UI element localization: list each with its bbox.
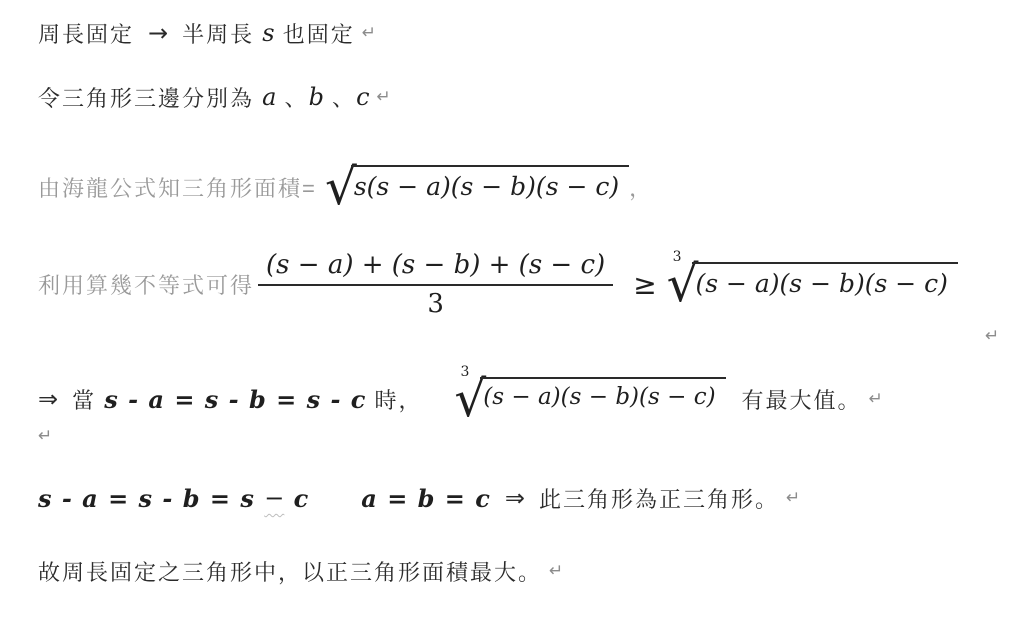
- line1-text2: 半周長: [182, 18, 262, 49]
- line3-label: 由海龍公式知三角形面積=: [38, 172, 325, 203]
- line1-text1: 周長固定: [38, 18, 134, 49]
- sqrt-formula: √ s(s − a)(s − b)(s − c): [325, 165, 629, 209]
- line5-text1: 當: [72, 384, 104, 415]
- line5-text3: 有最大值。: [742, 384, 862, 415]
- line6-eq1-pre: s - a = s - b = s: [38, 484, 264, 513]
- var-c: c: [356, 83, 369, 111]
- line2-separator2: 、: [324, 82, 356, 113]
- line-am-gm-inequality: 利用算幾不等式可得 (s − a) + (s − b) + (s − c) 3 …: [38, 240, 958, 328]
- document-page: 周長固定 → 半周長 s 也固定 ↵ 令三角形三邊分別為 a 、 b 、 c ↵…: [0, 0, 1024, 620]
- paragraph-return-icon: ↵: [549, 561, 563, 581]
- paragraph-return-icon: ↵: [786, 488, 800, 508]
- fraction-denominator: 3: [258, 284, 613, 319]
- line2-separator1: 、: [276, 82, 308, 113]
- line6-eq2: a = b = c: [361, 484, 491, 513]
- line2-label: 令三角形三邊分別為: [38, 82, 262, 113]
- line7-text: 故周長固定之三角形中，以正三角形面積最大。: [38, 556, 542, 587]
- var-b: b: [309, 83, 324, 111]
- paragraph-return-icon: ↵: [985, 326, 999, 346]
- empty-line: ↵: [38, 424, 52, 448]
- fraction: (s − a) + (s − b) + (s − c) 3: [258, 250, 613, 319]
- fraction-numerator: (s − a) + (s − b) + (s − c): [258, 250, 613, 284]
- implies-arrow-icon: ⇒: [505, 484, 525, 512]
- root-index: 3: [461, 364, 470, 380]
- cube-root-formula: 3 √ (s − a)(s − b)(s − c): [673, 262, 958, 306]
- line-perimeter-fixed: 周長固定 → 半周長 s 也固定 ↵: [38, 18, 376, 48]
- paragraph-return-icon: ↵: [869, 389, 883, 409]
- greater-equal-sign: ≥: [633, 268, 656, 301]
- paragraph-return-icon: ↵: [377, 87, 391, 107]
- line3-comma: ，: [629, 172, 653, 203]
- line6-text: 此三角形為正三角形。: [539, 483, 779, 514]
- cube-root-formula: 3 √ (s − a)(s − b)(s − c): [461, 377, 726, 421]
- root-index: 3: [673, 249, 682, 265]
- var-a: a: [262, 83, 276, 111]
- line-heron-formula: 由海龍公式知三角形面積= √ s(s − a)(s − b)(s − c) ，: [38, 158, 653, 216]
- cube-root-radicand: (s − a)(s − b)(s − c): [480, 377, 725, 412]
- paragraph-return-icon: ↵: [38, 426, 52, 446]
- line6-wavy-minus: −: [264, 484, 284, 512]
- line-max-value-condition: ⇒ 當 s - a = s - b = s - c 時， 3 √ (s − a)…: [38, 374, 883, 424]
- line-final-conclusion: 故周長固定之三角形中，以正三角形面積最大。 ↵: [38, 554, 563, 588]
- line4-label: 利用算幾不等式可得: [38, 269, 254, 300]
- var-s: s: [262, 19, 274, 47]
- line6-eq1-post: c: [284, 484, 309, 513]
- line-define-sides: 令三角形三邊分別為 a 、 b 、 c ↵: [38, 80, 391, 114]
- line1-text3: 也固定: [275, 18, 355, 49]
- paragraph-return-icon: ↵: [362, 23, 376, 43]
- right-arrow-icon: →: [148, 19, 168, 47]
- cube-root-radicand: (s − a)(s − b)(s − c): [692, 262, 957, 300]
- line5-text2: 時，: [366, 384, 422, 415]
- line-equilateral-conclusion: s - a = s - b = s − c a = b = c ⇒ 此三角形為正…: [38, 480, 800, 516]
- sqrt-radicand: s(s − a)(s − b)(s − c): [351, 165, 629, 203]
- line5-equation: s - a = s - b = s - c: [104, 385, 366, 414]
- implies-arrow-icon: ⇒: [38, 385, 58, 413]
